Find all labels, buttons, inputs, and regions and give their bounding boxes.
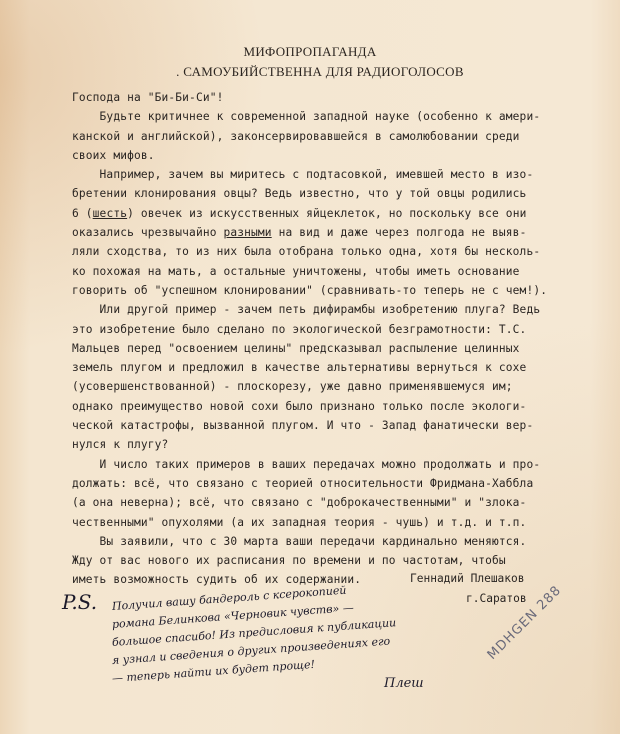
letter-line: нулся к плугу? bbox=[72, 435, 592, 454]
letter-line: говорить об "успешном клонировании" (сра… bbox=[72, 281, 592, 300]
letter-line: Будьте критичнее к современной западной … bbox=[72, 107, 592, 126]
letter-line: Например, зачем вы миритесь с подтасовко… bbox=[72, 165, 592, 184]
letter-line: Жду от вас нового их расписания по време… bbox=[72, 551, 592, 570]
letter-line: однако преимущество новой сохи было приз… bbox=[72, 397, 592, 416]
letter-line: Мальцев перед "освоением целины" предска… bbox=[72, 339, 592, 358]
scanned-letter: МИФОПРОПАГАНДА . САМОУБИЙСТВЕННА ДЛЯ РАД… bbox=[0, 0, 620, 734]
letter-body: Господа на "Би-Би-Си"! Будьте критичнее … bbox=[72, 88, 592, 590]
letter-line: земель плугом и предложил в качестве аль… bbox=[72, 358, 592, 377]
postscript-label: P.S. bbox=[62, 590, 97, 614]
letter-line: Господа на "Би-Би-Си"! bbox=[72, 88, 592, 107]
letter-title: МИФОПРОПАГАНДА bbox=[0, 44, 620, 60]
letter-line: Вы заявили, что с 30 марта ваши передачи… bbox=[72, 532, 592, 551]
letter-subtitle: . САМОУБИЙСТВЕННА ДЛЯ РАДИОГОЛОСОВ bbox=[10, 64, 620, 80]
letter-line: ко похожая на мать, а остальные уничтоже… bbox=[72, 262, 592, 281]
letter-line: это изобретение было сделано по экологич… bbox=[72, 320, 592, 339]
letter-line: оказались чрезвычайно разными на вид и д… bbox=[72, 223, 592, 242]
letter-line: (а она неверна); всё, что связано с "доб… bbox=[72, 493, 592, 512]
letter-line: И число таких примеров в ваших передачах… bbox=[72, 455, 592, 474]
letter-line: своих мифов. bbox=[72, 146, 592, 165]
letter-line: должать: всё, что связано с теорией отно… bbox=[72, 474, 592, 493]
letter-line: 6 (шесть) овечек из искусственных яйцекл… bbox=[72, 204, 592, 223]
letter-line: ляли сходства, то из них была отобрана т… bbox=[72, 242, 592, 261]
letter-line: (усовершенствованной) - плоскорезу, уже … bbox=[72, 377, 592, 396]
signature-name: Геннадий Плешаков bbox=[410, 572, 525, 585]
letter-line: ческой катастрофы, вызванной плугом. И ч… bbox=[72, 416, 592, 435]
handwritten-initials: Плеш bbox=[384, 676, 424, 691]
letter-line: бретении клонирования овцы? Ведь известн… bbox=[72, 184, 592, 203]
letter-line: чественными" опухолями (а их западная те… bbox=[72, 513, 592, 532]
underlined-word: шесть bbox=[93, 207, 127, 220]
underlined-word: разными bbox=[223, 226, 271, 239]
letter-line: Или другой пример - зачем петь дифирамбы… bbox=[72, 300, 592, 319]
letter-line: канской и английской), законсервировавше… bbox=[72, 127, 592, 146]
signature-city: г.Саратов bbox=[466, 592, 527, 605]
